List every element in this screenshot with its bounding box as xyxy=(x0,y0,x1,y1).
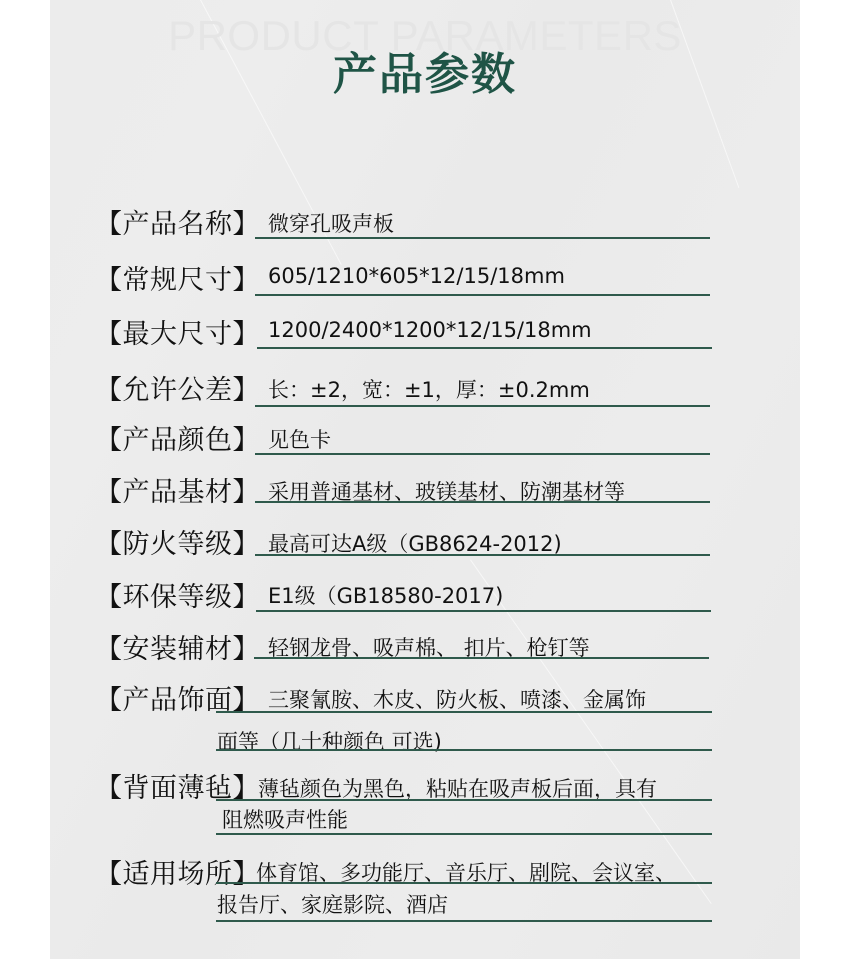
underline xyxy=(255,237,710,239)
underline xyxy=(255,294,710,296)
param-value-product-name: 微穿孔吸声板 xyxy=(268,208,394,238)
underline xyxy=(255,453,710,455)
param-value-tolerance: 长：±2，宽：±1，厚：±0.2mm xyxy=(268,374,590,404)
param-value-finish-line1: 三聚氰胺、木皮、防火板、喷漆、金属饰 xyxy=(268,684,646,714)
param-value-backing-felt-line2: 阻燃吸声性能 xyxy=(222,804,348,834)
underline xyxy=(255,405,710,407)
underline-spacer xyxy=(216,711,256,713)
param-value-applications-line2: 报告厅、家庭影院、酒店 xyxy=(217,889,448,919)
underline xyxy=(255,501,710,503)
param-label-eco-rating: 【环保等级】 xyxy=(95,575,260,614)
param-value-eco-rating: E1级（GB18580-2017) xyxy=(268,580,503,610)
underline xyxy=(216,920,712,922)
param-label-tolerance: 【允许公差】 xyxy=(95,368,260,407)
param-label-fire-rating: 【防火等级】 xyxy=(95,522,260,561)
underline xyxy=(256,610,711,612)
param-value-max-size: 1200/2400*1200*12/15/18mm xyxy=(268,318,592,342)
underline xyxy=(216,711,712,713)
underline xyxy=(257,347,712,349)
underline xyxy=(216,749,712,751)
param-label-accessories: 【安装辅材】 xyxy=(95,627,260,666)
param-value-finish-line2: 面等（几十种颜色 可选) xyxy=(217,726,442,756)
page-title: 产品参数 xyxy=(0,38,850,102)
param-label-product-name: 【产品名称】 xyxy=(95,202,260,241)
underline xyxy=(254,657,709,659)
underline xyxy=(216,882,712,884)
param-value-standard-size: 605/1210*605*12/15/18mm xyxy=(268,264,565,288)
param-label-substrate: 【产品基材】 xyxy=(95,470,260,509)
param-label-max-size: 【最大尺寸】 xyxy=(95,312,260,351)
param-label-color: 【产品颜色】 xyxy=(95,418,260,457)
param-label-standard-size: 【常规尺寸】 xyxy=(95,258,260,297)
underline xyxy=(216,833,712,835)
param-value-color: 见色卡 xyxy=(268,424,331,454)
underline xyxy=(255,554,710,556)
underline xyxy=(216,799,712,801)
param-label-applications: 【适用场所】 xyxy=(95,852,260,891)
